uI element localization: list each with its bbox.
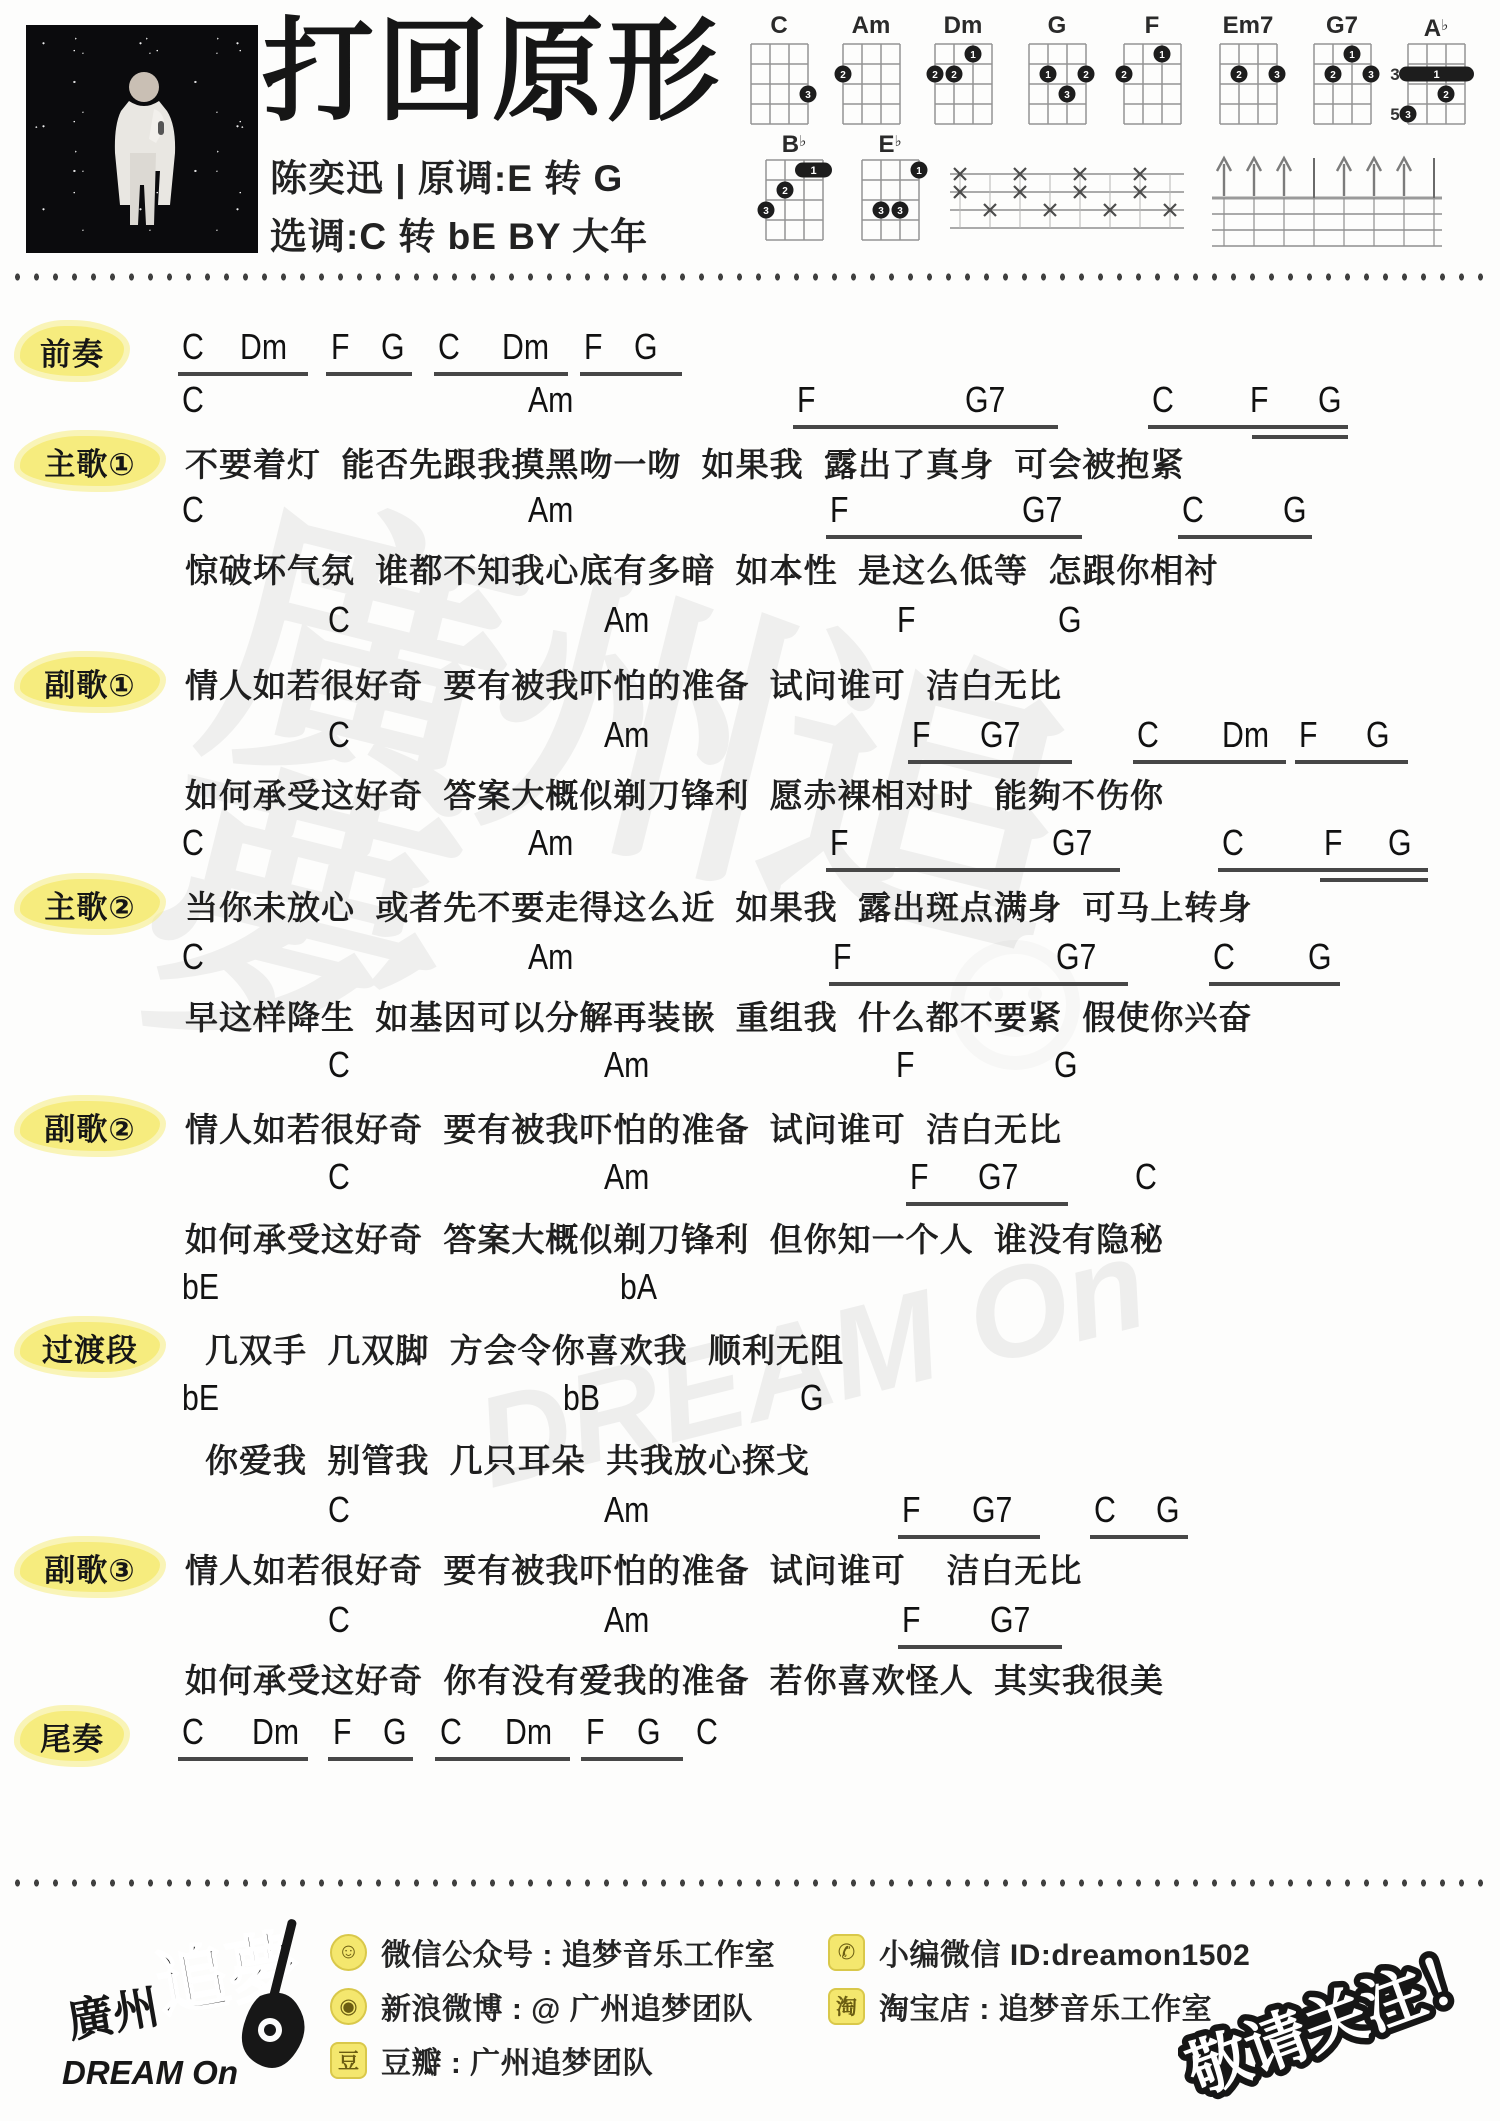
chord-token: bE [182,1266,219,1308]
chord-token: F [830,822,848,864]
chord-underline [435,1757,570,1761]
lyric-line: 不要着灯 能否先跟我摸黑吻一吻 如果我 露出了真身 可会被抱紧 [0,436,1500,490]
chord-underline [906,1202,1068,1206]
svg-text:敬请关注！: 敬请关注！ [1178,1938,1493,2108]
wechat-icon: ☺ [330,1934,367,1971]
chord-token: G [1283,489,1307,531]
chord-token: G [1308,936,1332,978]
chord-underline [898,1535,1040,1539]
chord-token: C [1135,1156,1157,1198]
chord-token: G [1058,599,1082,641]
chord-token: C [182,326,204,368]
chord-token: G [381,326,405,368]
chord-underline [829,982,1128,986]
chord-underline [1178,535,1312,539]
chord-line: CAmFG7CG [0,489,1500,543]
weibo-icon: ◉ [330,1988,367,2025]
chord-token: G7 [990,1599,1030,1641]
chord-token: C [328,1489,350,1531]
chord-token: Dm [1222,714,1269,756]
taobao-icon: 淘 [828,1988,865,2025]
chord-token: C [696,1711,718,1753]
svg-text:廣州: 廣州 [63,1980,163,2047]
lyric-text: 如何承受这好奇 答案大概似剃刀锋利 愿赤裸相对时 能夠不伤你 [185,770,1164,817]
chord-token: C [1094,1489,1116,1531]
chord-token: C [182,936,204,978]
footer-link[interactable]: 淘淘宝店 : 追梦音乐工作室 [828,1984,1212,2028]
chord-token: F [1250,379,1268,421]
chord-token: F [584,326,602,368]
chord-token: G [634,326,658,368]
chord-line: CAmFG7C [0,1156,1500,1210]
chord-token: G7 [1056,936,1096,978]
chord-token: C [1137,714,1159,756]
chord-line: CAmFG7 [0,1599,1500,1653]
chord-token: G [800,1377,824,1419]
chord-token: C [182,489,204,531]
chord-underline [178,372,308,376]
chord-token: G7 [1022,489,1062,531]
lyric-text: 情人如若很好奇 要有被我吓怕的准备 试问谁可 洁白无比 [185,1545,1082,1592]
lyric-text: 当你未放心 或者先不要走得这么近 如果我 露出斑点满身 可马上转身 [185,882,1252,929]
chord-token: G [1366,714,1390,756]
chord-token: G [637,1711,661,1753]
chord-underline [328,1757,413,1761]
lyric-line: 情人如若很好奇 要有被我吓怕的准备 试问谁可 洁白无比 [0,1542,1500,1596]
chord-line: CAmFG7CFG [0,379,1500,433]
chord-underline [826,868,1120,872]
chord-token: G7 [1052,822,1092,864]
chord-token: Dm [502,326,549,368]
chord-token: C [182,822,204,864]
chord-underline [434,372,568,376]
follow-stamp: 敬请关注！ [1178,1938,1498,2118]
chord-token: Dm [252,1711,299,1753]
chord-token: bE [182,1377,219,1419]
chord-underline [1218,868,1428,872]
chord-token: Am [604,599,649,641]
chord-token: Am [528,489,573,531]
douban-icon: 豆 [330,2042,367,2079]
chord-token: G [1388,822,1412,864]
chord-line: CAmFG7CG [0,936,1500,990]
chord-underline [898,1645,1062,1649]
chord-line: CAmFG7CG [0,1489,1500,1543]
chord-token: Am [528,379,573,421]
chord-token: Am [528,822,573,864]
chord-token: G7 [972,1489,1012,1531]
chord-token: F [797,379,815,421]
chord-token: G [1054,1044,1078,1086]
footer-link[interactable]: 豆豆瓣 : 广州追梦团队 [330,2038,653,2082]
chord-token: Am [604,1489,649,1531]
chord-token: Am [604,1156,649,1198]
lyric-line: 当你未放心 或者先不要走得这么近 如果我 露出斑点满身 可马上转身 [0,879,1500,933]
chord-token: Am [528,936,573,978]
chord-token: F [333,1711,351,1753]
lyric-text: 你爱我 别管我 几只耳朵 共我放心探戈 [205,1435,810,1482]
chord-line: bEbA [0,1266,1500,1320]
chord-underline [326,372,412,376]
wechat-id-icon: ✆ [828,1934,865,1971]
chord-token: G7 [978,1156,1018,1198]
chord-token: F [902,1489,920,1531]
chord-token: C [328,1156,350,1198]
chord-line: bEbBG [0,1377,1500,1431]
chord-underline [826,535,1082,539]
chord-underline [1148,425,1348,429]
lyric-line: 如何承受这好奇 答案大概似剃刀锋利 愿赤裸相对时 能夠不伤你 [0,767,1500,821]
chord-token: C [182,1711,204,1753]
chord-token: G [1318,379,1342,421]
lyric-line: 情人如若很好奇 要有被我吓怕的准备 试问谁可 洁白无比 [0,1101,1500,1155]
lyric-line: 如何承受这好奇 你有没有爱我的准备 若你喜欢怪人 其实我很美 [0,1652,1500,1706]
chord-token: C [328,1044,350,1086]
chord-token: C [1182,489,1204,531]
chord-token: C [438,326,460,368]
chord-token: F [1299,714,1317,756]
chord-line: CAmFG7CDmFG [0,714,1500,768]
chord-token: G7 [965,379,1005,421]
chord-line: CDmFGCDmFGC [0,1711,1500,1765]
chord-line: CDmFGCDmFG [0,326,1500,380]
chord-underline [1090,1535,1188,1539]
score-area: CDmFGCDmFGCAmFG7CFG不要着灯 能否先跟我摸黑吻一吻 如果我 露… [0,0,1500,2121]
lyric-line: 情人如若很好奇 要有被我吓怕的准备 试问谁可 洁白无比 [0,657,1500,711]
lyric-text: 如何承受这好奇 你有没有爱我的准备 若你喜欢怪人 其实我很美 [185,1655,1164,1702]
chord-token: F [586,1711,604,1753]
chord-underline [908,760,1072,764]
chord-underline [1295,760,1408,764]
chord-token: Am [604,1044,649,1086]
chord-token: F [833,936,851,978]
lyric-line: 几双手 几双脚 方会令你喜欢我 顺利无阻 [0,1322,1500,1376]
chord-token: F [910,1156,928,1198]
chord-token: Am [604,714,649,756]
chord-token: F [912,714,930,756]
chord-token: F [896,1044,914,1086]
lyric-line: 你爱我 别管我 几只耳朵 共我放心探戈 [0,1432,1500,1486]
dreamon-logo: 廣州 追夢 DREAM On [48,1912,328,2112]
chord-underline [1133,760,1286,764]
lyric-text: 几双手 几双脚 方会令你喜欢我 顺利无阻 [205,1325,844,1372]
chord-token: C [1213,936,1235,978]
chord-token: bB [563,1377,600,1419]
chord-token: G [383,1711,407,1753]
chord-token: C [328,599,350,641]
chord-underline [793,425,1058,429]
chord-sheet-page: 廣州追夢 DREAM On 打回原形 陈奕迅 | 原调:E 转 G 选调:C 转… [0,0,1500,2121]
footer-link-text: 微信公众号 : 追梦音乐工作室 [381,1930,775,1974]
lyric-text: 情人如若很好奇 要有被我吓怕的准备 试问谁可 洁白无比 [185,660,1062,707]
lyric-text: 不要着灯 能否先跟我摸黑吻一吻 如果我 露出了真身 可会被抱紧 [185,439,1184,486]
svg-text:DREAM On: DREAM On [62,2054,238,2091]
lyric-text: 如何承受这好奇 答案大概似剃刀锋利 但你知一个人 谁没有隐秘 [185,1214,1164,1261]
footer-link[interactable]: ◉新浪微博 : @ 广州追梦团队 [330,1984,753,2028]
chord-token: F [902,1599,920,1641]
chord-token: F [897,599,915,641]
chord-token: F [331,326,349,368]
chord-token: Dm [240,326,287,368]
chord-token: F [830,489,848,531]
chord-token: C [1152,379,1174,421]
chord-token: G [1156,1489,1180,1531]
chord-underline [1209,982,1340,986]
chord-token: Am [604,1599,649,1641]
chord-token: C [182,379,204,421]
lyric-text: 早这样降生 如基因可以分解再装嵌 重组我 什么都不要紧 假使你兴奋 [185,992,1252,1039]
footer-link[interactable]: ☺微信公众号 : 追梦音乐工作室 [330,1930,775,1974]
chord-token: Dm [505,1711,552,1753]
chord-token: C [440,1711,462,1753]
lyric-line: 惊破坏气氛 谁都不知我心底有多暗 如本性 是这么低等 怎跟你相衬 [0,542,1500,596]
chord-line: CAmFG7CFG [0,822,1500,876]
chord-token: C [1222,822,1244,864]
chord-token: bA [620,1266,657,1308]
lyric-line: 如何承受这好奇 答案大概似剃刀锋利 但你知一个人 谁没有隐秘 [0,1211,1500,1265]
chord-underline [581,1757,683,1761]
chord-underline [580,372,682,376]
chord-token: C [328,1599,350,1641]
chord-token: F [1324,822,1342,864]
lyric-text: 惊破坏气氛 谁都不知我心底有多暗 如本性 是这么低等 怎跟你相衬 [185,545,1218,592]
footer-link-text: 淘宝店 : 追梦音乐工作室 [879,1984,1212,2028]
lyric-line: 早这样降生 如基因可以分解再装嵌 重组我 什么都不要紧 假使你兴奋 [0,989,1500,1043]
chord-token: G7 [980,714,1020,756]
chord-token: C [328,714,350,756]
footer-link-text: 豆瓣 : 广州追梦团队 [381,2038,653,2082]
chord-underline [178,1757,308,1761]
lyric-text: 情人如若很好奇 要有被我吓怕的准备 试问谁可 洁白无比 [185,1104,1062,1151]
chord-line: CAmFG [0,1044,1500,1098]
footer-link-text: 新浪微博 : @ 广州追梦团队 [381,1984,753,2028]
chord-line: CAmFG [0,599,1500,653]
